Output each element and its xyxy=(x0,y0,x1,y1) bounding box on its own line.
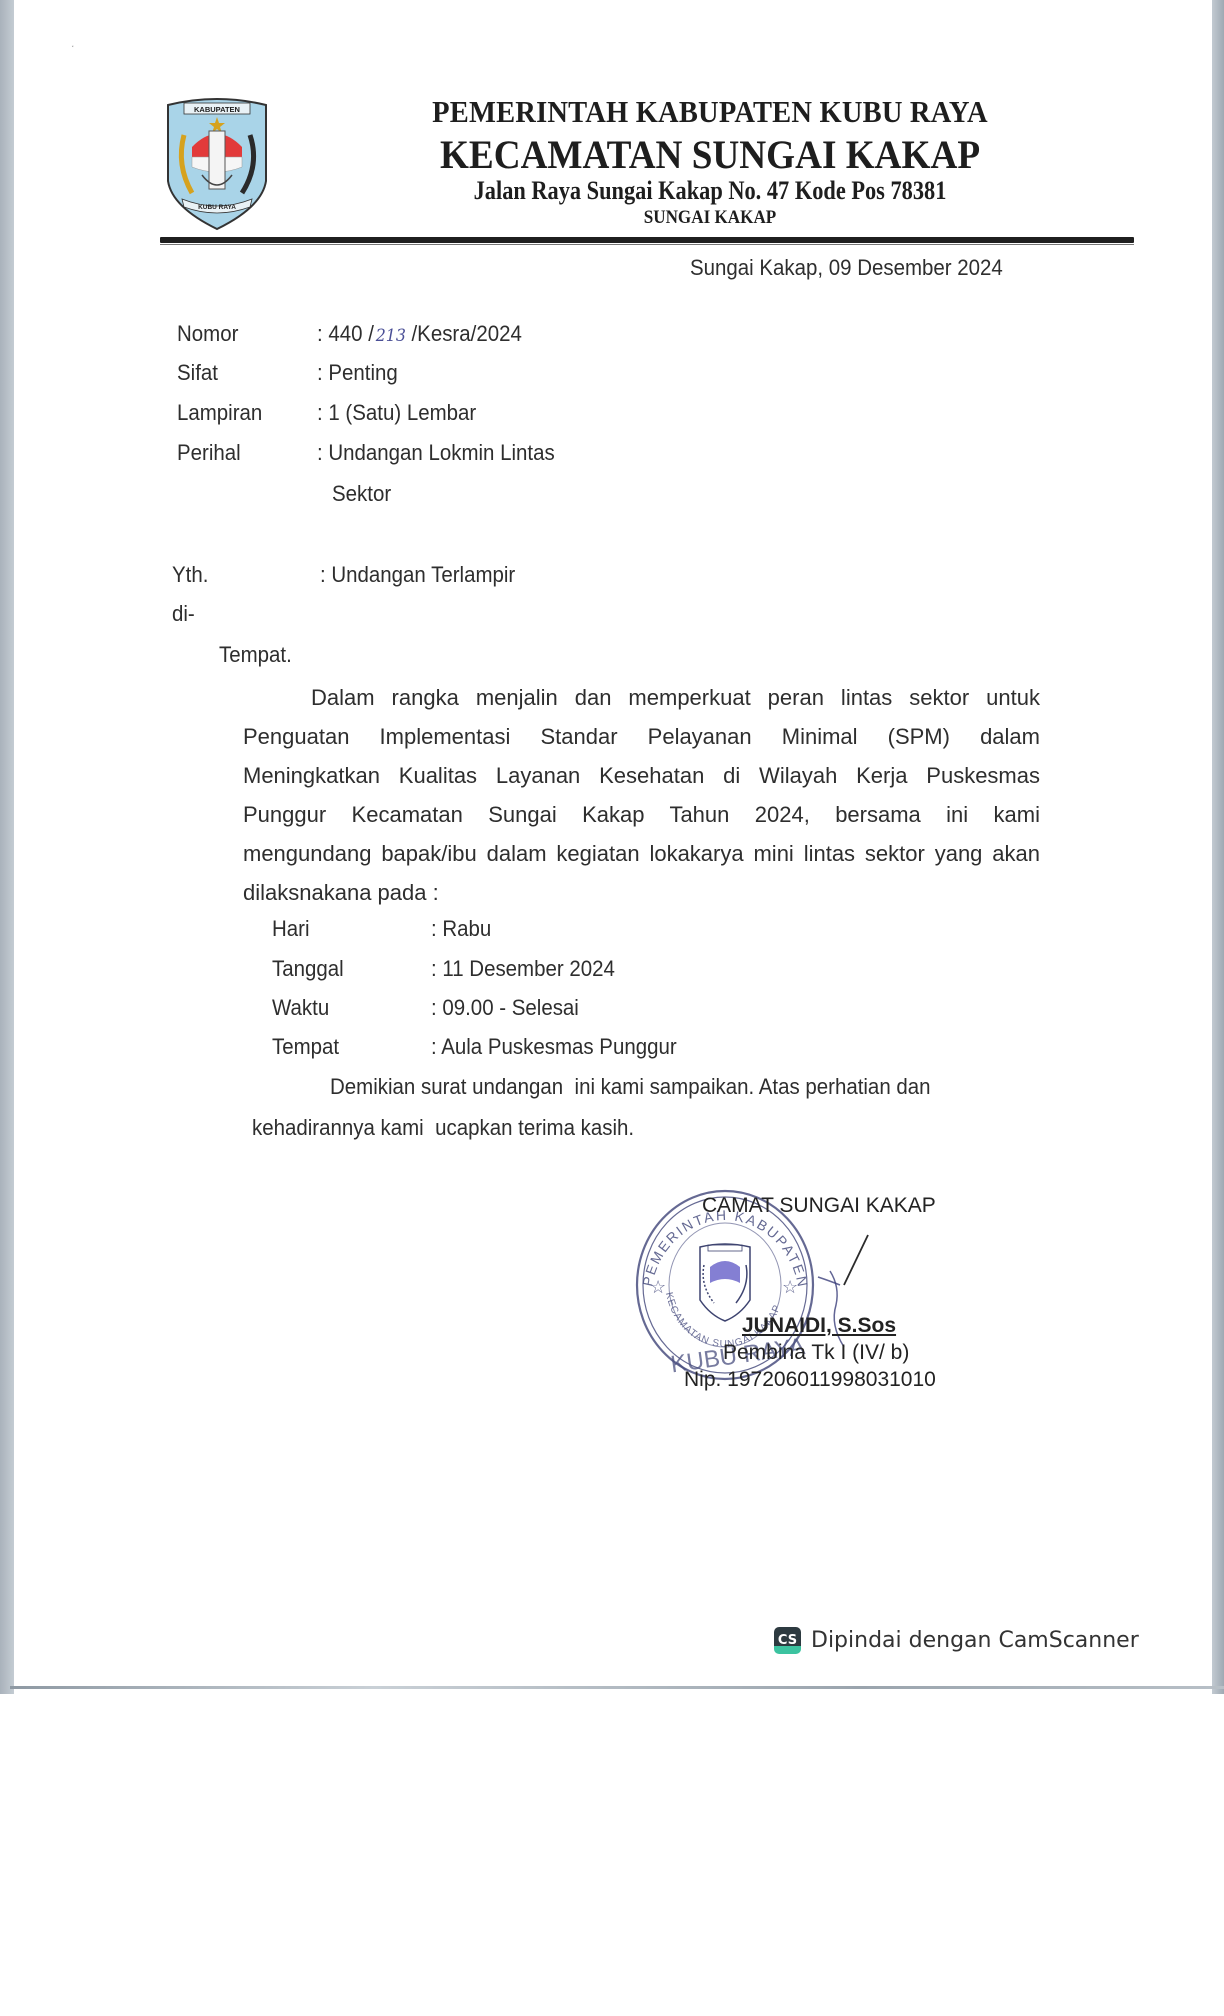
closing-line-1: Demikian surat undangan ini kami sampaik… xyxy=(330,1074,931,1100)
place-date: Sungai Kakap, 09 Desember 2024 xyxy=(690,255,1003,281)
meta-label-sifat: Sifat xyxy=(177,360,218,386)
recipient-place: Tempat. xyxy=(219,642,292,668)
letterhead-city: SUNGAI KAKAP xyxy=(341,207,1079,229)
meta-label-nomor: Nomor xyxy=(177,321,238,347)
meta-value-nomor: : 440 /213/Kesra/2024 xyxy=(317,321,522,347)
body-line: Meningkatkan Kualitas Layanan Kesehatan … xyxy=(243,756,1040,795)
letterhead-district: KECAMATAN SUNGAI KAKAP xyxy=(329,131,1092,178)
body-paragraph: Dalam rangka menjalin dan memperkuat per… xyxy=(243,678,1040,912)
signatory-rank: Pembina Tk I (IV/ b) xyxy=(723,1341,909,1365)
body-line: mengundang bapak/ibu dalam kegiatan loka… xyxy=(243,834,1040,873)
meta-value-lampiran: : 1 (Satu) Lembar xyxy=(317,400,476,426)
detail-value-hari: : Rabu xyxy=(431,916,491,942)
body-line: dilaksnakana pada : xyxy=(243,873,1040,912)
meta-label-lampiran: Lampiran xyxy=(177,400,262,426)
detail-label-tanggal: Tanggal xyxy=(272,956,344,982)
body-line: Dalam rangka menjalin dan memperkuat per… xyxy=(243,678,1040,717)
meta-value-sifat: : Penting xyxy=(317,360,398,386)
letterhead-government: PEMERINTAH KABUPATEN KUBU RAYA xyxy=(333,94,1087,130)
meta-value-perihal: : Undangan Lokmin Lintas xyxy=(317,440,555,466)
meta-value-perihal-line2: Sektor xyxy=(332,481,391,507)
scan-border-right xyxy=(1212,0,1224,1694)
scan-border-bottom xyxy=(10,1686,1224,1689)
svg-text:KABUPATEN: KABUPATEN xyxy=(194,105,240,114)
detail-label-tempat: Tempat xyxy=(272,1034,339,1060)
letter-number-suffix: /Kesra/2024 xyxy=(411,321,521,346)
letterhead-divider-thin xyxy=(160,244,1134,245)
signatory-nip: Nip. 197206011998031010 xyxy=(684,1368,936,1392)
recipient-value: : Undangan Terlampir xyxy=(320,562,515,588)
scan-border-left xyxy=(0,0,14,1694)
body-line: Penguatan Implementasi Standar Pelayanan… xyxy=(243,717,1040,756)
svg-text:☆: ☆ xyxy=(782,1277,798,1297)
camscanner-text: Dipindai dengan CamScanner xyxy=(811,1628,1139,1653)
scan-speck: ⸼ xyxy=(72,35,74,48)
detail-value-tempat: : Aula Puskesmas Punggur xyxy=(431,1034,677,1060)
recipient-di: di- xyxy=(172,601,195,627)
detail-label-hari: Hari xyxy=(272,916,310,942)
meta-label-perihal: Perihal xyxy=(177,440,241,466)
kubu-raya-logo-icon: KABUPATEN KUBU RAYA xyxy=(162,95,272,231)
detail-label-waktu: Waktu xyxy=(272,995,329,1021)
svg-text:☆: ☆ xyxy=(650,1277,666,1297)
letter-number-handwritten: 213 xyxy=(374,326,412,346)
letterhead-address: Jalan Raya Sungai Kakap No. 47 Kode Pos … xyxy=(357,176,1062,206)
detail-value-waktu: : 09.00 - Selesai xyxy=(431,995,579,1021)
body-line: Punggur Kecamatan Sungai Kakap Tahun 202… xyxy=(243,795,1040,834)
camscanner-logo-icon: CS xyxy=(774,1627,801,1654)
closing-line-2: kehadirannya kami ucapkan terima kasih. xyxy=(252,1115,634,1141)
signatory-title: CAMAT SUNGAI KAKAP xyxy=(702,1194,936,1218)
signatory-name: JUNAIDI, S.Sos xyxy=(742,1314,896,1338)
letter-number-prefix: : 440 / xyxy=(317,321,374,346)
svg-text:KUBU RAYA: KUBU RAYA xyxy=(198,204,236,211)
detail-value-tanggal: : 11 Desember 2024 xyxy=(431,956,615,982)
recipient-label: Yth. xyxy=(172,562,208,588)
camscanner-watermark: CS Dipindai dengan CamScanner xyxy=(774,1627,1139,1654)
letterhead-divider xyxy=(160,237,1134,243)
